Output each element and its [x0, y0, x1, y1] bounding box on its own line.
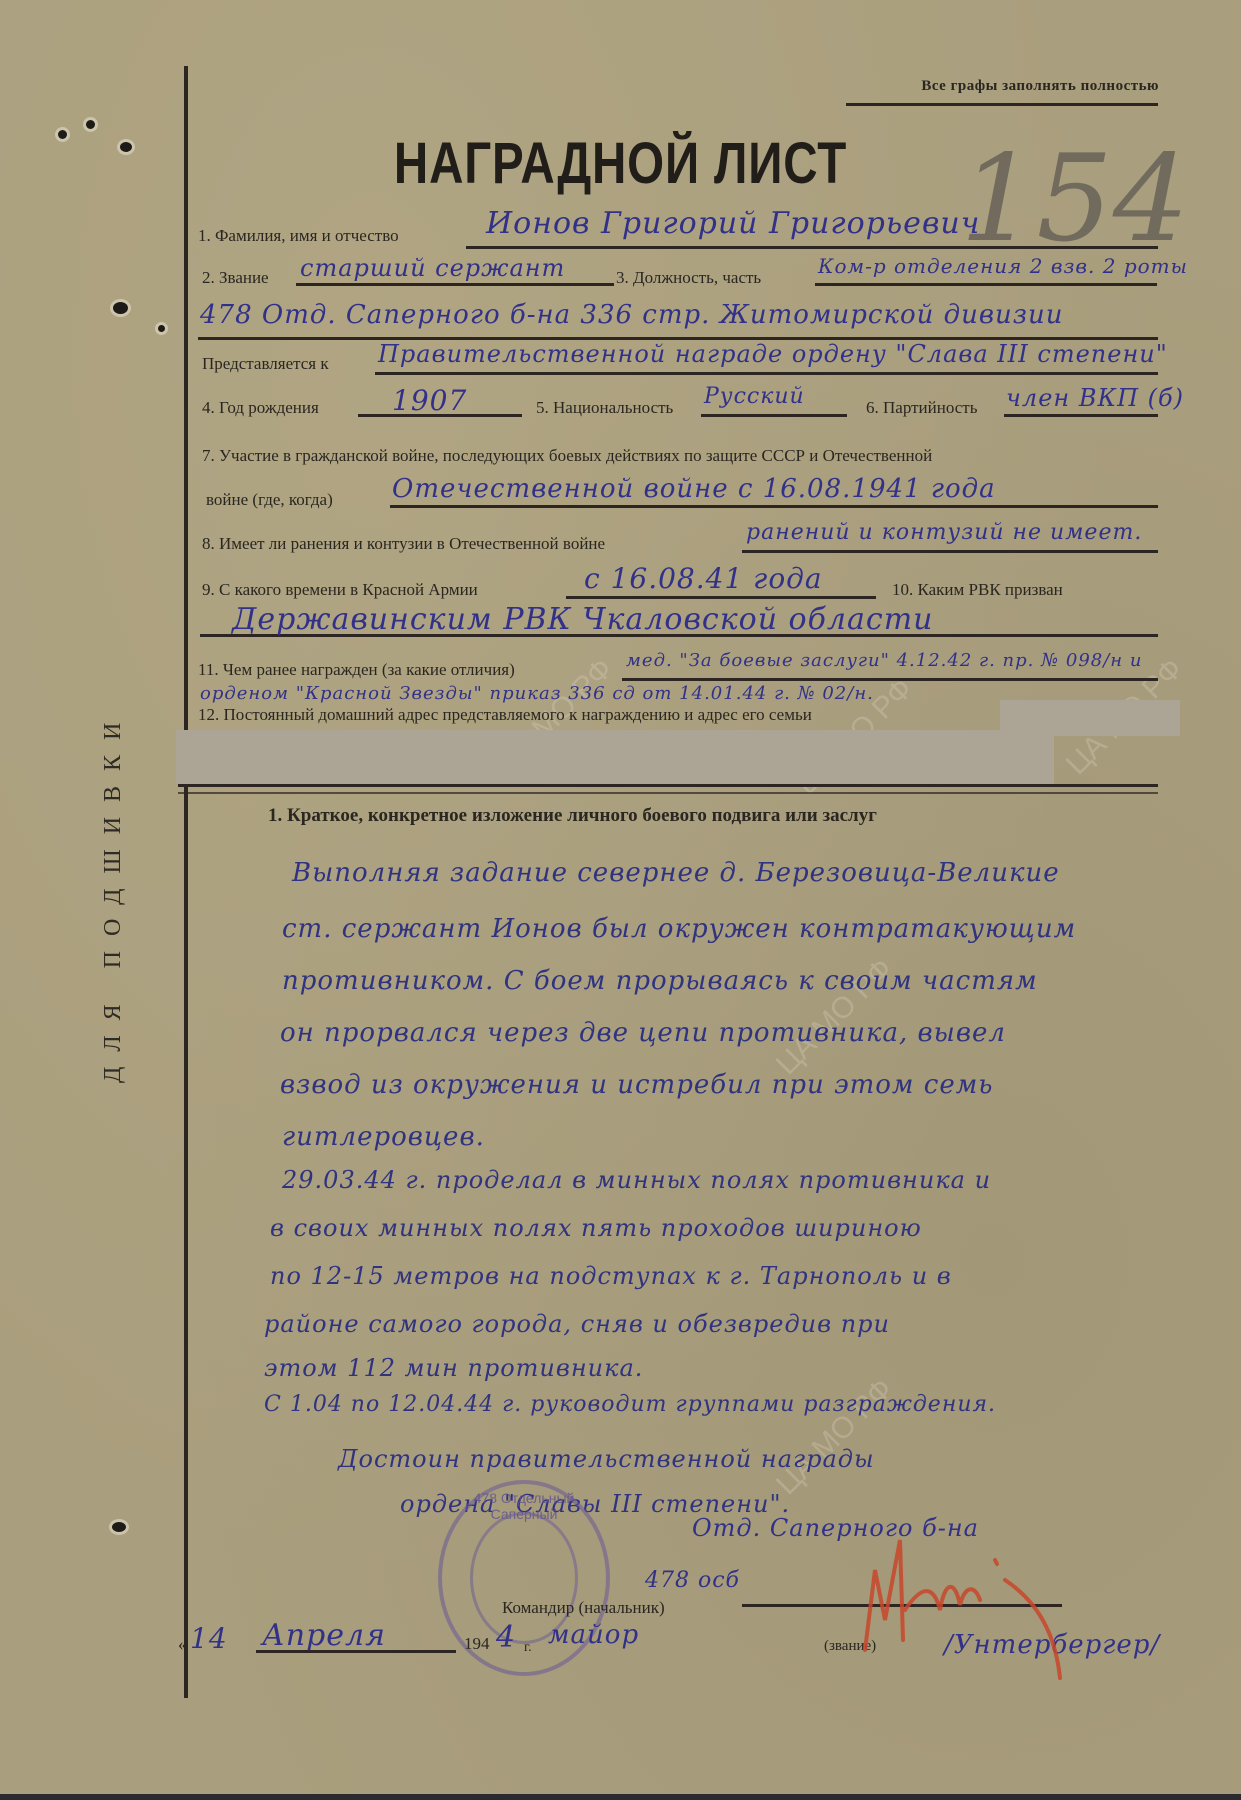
field-label-name: 1. Фамилия, имя и отчество — [198, 226, 399, 246]
punch-hole — [58, 130, 67, 139]
field-label-war-participation: 7. Участие в гражданской войне, последую… — [202, 446, 932, 466]
redacted-address — [176, 730, 1054, 784]
field-value-army-since: с 16.08.41 года — [584, 562, 823, 595]
punch-hole — [113, 302, 128, 314]
field-value-unit: 478 Отд. Саперного б-на 336 стр. Житомир… — [200, 300, 1063, 330]
field-label-nationality: 5. Национальность — [536, 398, 673, 418]
field-label-previous-awards: 11. Чем ранее награжден (за какие отличи… — [198, 660, 515, 680]
feat-text-line: ст. сержант Ионов был окружен контратаку… — [282, 914, 1076, 944]
date-underline — [256, 1650, 456, 1653]
field-label-home-address: 12. Постоянный домашний адрес представля… — [198, 705, 812, 725]
date-open-quote: « — [178, 1634, 187, 1655]
field-value-conscription-office: Державинским РВК Чкаловской области — [232, 602, 934, 637]
field-underline — [466, 246, 1158, 249]
binding-margin-line — [184, 66, 188, 1698]
section-divider — [178, 784, 1158, 787]
punch-hole — [86, 120, 95, 129]
field-underline — [701, 414, 847, 417]
field-underline — [390, 505, 1158, 508]
field-underline — [1004, 414, 1158, 417]
punch-hole — [158, 325, 165, 332]
feat-text-line: он прорвался через две цепи противника, … — [280, 1018, 1006, 1048]
field-value-position: Ком-р отделения 2 взв. 2 роты — [818, 254, 1188, 278]
feat-text-line: Достоин правительственной награды — [338, 1445, 875, 1473]
field-value-previous-awards-cont: орденом "Красной Звезды" приказ 336 сд о… — [200, 683, 874, 704]
field-value-birth-year: 1907 — [392, 384, 467, 417]
signer-rank: майор — [548, 1620, 639, 1650]
field-underline — [375, 372, 1158, 375]
field-label-rank: 2. Звание — [202, 268, 269, 288]
field-underline — [815, 283, 1157, 286]
signature-unit-number: 478 осб — [645, 1568, 740, 1593]
date-month: Апреля — [262, 1618, 386, 1653]
field-underline — [296, 283, 614, 286]
field-label-army-since: 9. С какого времени в Красной Армии — [202, 580, 478, 600]
date-day: 14 — [190, 1622, 228, 1655]
field-value-nominated: Правительственной награде ордену "Слава … — [378, 340, 1168, 368]
field-underline — [566, 596, 876, 599]
field-value-nationality: Русский — [704, 384, 805, 409]
punch-hole — [112, 1522, 126, 1532]
feat-section-title: 1. Краткое, конкретное изложение личного… — [268, 805, 877, 827]
feat-text-line: гитлеровцев. — [282, 1122, 485, 1152]
field-underline — [742, 550, 1158, 553]
field-value-war-participation: Отечественной войне с 16.08.1941 года — [392, 474, 996, 504]
field-value-party: член ВКП (б) — [1006, 384, 1184, 412]
feat-text-line: районе самого города, сняв и обезвредив … — [264, 1310, 890, 1338]
field-label-party: 6. Партийность — [866, 398, 977, 418]
feat-text-line: Выполняя задание севернее д. Березовица-… — [292, 858, 1060, 888]
feat-text-line: взвод из окружения и истребил при этом с… — [280, 1070, 993, 1100]
date-year-suffix: 4 — [496, 1620, 516, 1655]
field-label-conscription-office: 10. Каким РВК призван — [892, 580, 1063, 600]
binding-side-label: ДЛЯ ПОДШИВКИ — [100, 690, 140, 1100]
feat-text-line: противником. С боем прорываясь к своим ч… — [282, 966, 1038, 996]
commander-label: Командир (начальник) — [502, 1598, 665, 1618]
header-instruction: Все графы заполнять полностью — [921, 78, 1159, 95]
field-label-nominated: Представляется к — [202, 354, 329, 374]
red-pencil-signature — [845, 1500, 1105, 1680]
field-label-birth-year: 4. Год рождения — [202, 398, 319, 418]
feat-text-line: этом 112 мин противника. — [264, 1354, 643, 1382]
feat-text-line: по 12-15 метров на подступах к г. Тарноп… — [270, 1262, 952, 1290]
feat-text-line: С 1.04 по 12.04.44 г. руководит группами… — [264, 1392, 996, 1417]
field-value-rank: старший сержант — [300, 254, 565, 282]
field-value-wounds: ранений и контузий не имеет. — [746, 520, 1142, 545]
field-label-position: 3. Должность, часть — [616, 268, 761, 288]
field-label-wounds: 8. Имеет ли ранения и контузии в Отечест… — [202, 534, 605, 554]
field-value-name: Ионов Григорий Григорьевич — [486, 206, 980, 241]
document-page: ЦА МО РФ ЦА МО РФ ЦА МО РФ ЦА МО РФ ЦА М… — [0, 0, 1241, 1800]
date-year-mark: г. — [524, 1640, 532, 1656]
field-value-previous-awards: мед. "За боевые заслуги" 4.12.42 г. пр. … — [626, 650, 1142, 671]
section-divider — [178, 792, 1158, 794]
page-bottom-edge — [0, 1794, 1241, 1800]
feat-text-line: в своих минных полях пять проходов ширин… — [270, 1214, 922, 1242]
date-year-prefix: 194 — [464, 1634, 490, 1654]
feat-text-line: 29.03.44 г. проделал в минных полях прот… — [282, 1166, 991, 1194]
field-label-war-participation-cont: войне (где, когда) — [206, 490, 333, 510]
redacted-address — [1000, 700, 1180, 736]
field-underline — [622, 678, 1158, 681]
divider — [846, 103, 1158, 106]
